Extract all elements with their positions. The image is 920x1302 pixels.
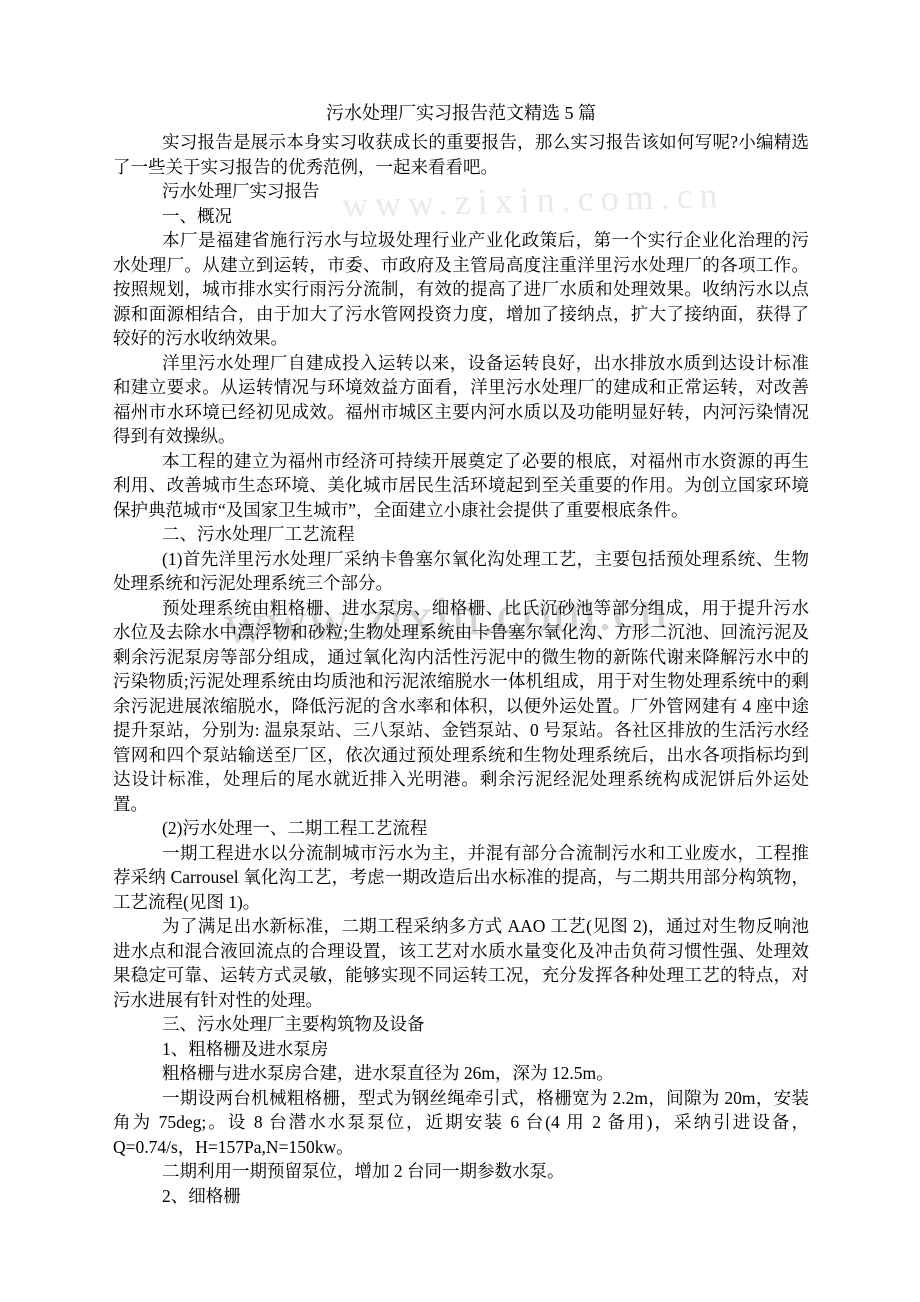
paragraph-overview-2: 洋里污水处理厂自建成投入运转以来，设备运转良好，出水排放水质到达设计标准和建立要… bbox=[113, 351, 809, 449]
paragraph-process-2: 预处理系统由粗格栅、进水泵房、细格栅、比氏沉砂池等部分组成，用于提升污水水位及去… bbox=[113, 596, 809, 817]
paragraph-report-title: 污水处理厂实习报告 bbox=[113, 179, 809, 204]
heading-section-2: 二、污水处理厂工艺流程 bbox=[113, 522, 809, 547]
heading-process-phase: (2)污水处理一、二期工程工艺流程 bbox=[113, 816, 809, 841]
document-title: 污水处理厂实习报告范文精选 5 篇 bbox=[113, 100, 809, 126]
paragraph-intro: 实习报告是展示本身实习收获成长的重要报告，那么实习报告该如何写呢?小编精选了一些… bbox=[113, 130, 809, 179]
paragraph-process-1: (1)首先洋里污水处理厂采纳卡鲁塞尔氧化沟处理工艺，主要包括预处理系统、生物处理… bbox=[113, 547, 809, 596]
paragraph-coarse-screen-2: 一期设两台机械粗格栅，型式为钢丝绳牵引式，格栅宽为 2.2m，间隙为 20m，安… bbox=[113, 1086, 809, 1160]
paragraph-phase-1: 一期工程进水以分流制城市污水为主，并混有部分合流制污水和工业废水，工程推荐采纳 … bbox=[113, 841, 809, 915]
paragraph-coarse-screen-1: 粗格栅与进水泵房合建，进水泵直径为 26m，深为 12.5m。 bbox=[113, 1061, 809, 1086]
document-page: www.zixin.com.cn www.zixin.com.cn 污水处理厂实… bbox=[0, 0, 920, 1302]
paragraph-overview-3: 本工程的建立为福州市经济可持续开展奠定了必要的根底，对福州市水资源的再生利用、改… bbox=[113, 449, 809, 523]
heading-fine-screen: 2、细格栅 bbox=[113, 1184, 809, 1209]
paragraph-overview-1: 本厂是福建省施行污水与垃圾处理行业产业化政策后，第一个实行企业化治理的污水处理厂… bbox=[113, 228, 809, 351]
heading-section-3: 三、污水处理厂主要构筑物及设备 bbox=[113, 1012, 809, 1037]
paragraph-phase-2: 为了满足出水新标准，二期工程采纳多方式 AAO 工艺(见图 2)，通过对生物反响… bbox=[113, 914, 809, 1012]
heading-section-1: 一、概况 bbox=[113, 204, 809, 229]
paragraph-coarse-screen-3: 二期利用一期预留泵位，增加 2 台同一期参数水泵。 bbox=[113, 1159, 809, 1184]
document-content: 污水处理厂实习报告范文精选 5 篇 实习报告是展示本身实习收获成长的重要报告，那… bbox=[113, 100, 809, 1208]
heading-coarse-screen: 1、粗格栅及进水泵房 bbox=[113, 1037, 809, 1062]
